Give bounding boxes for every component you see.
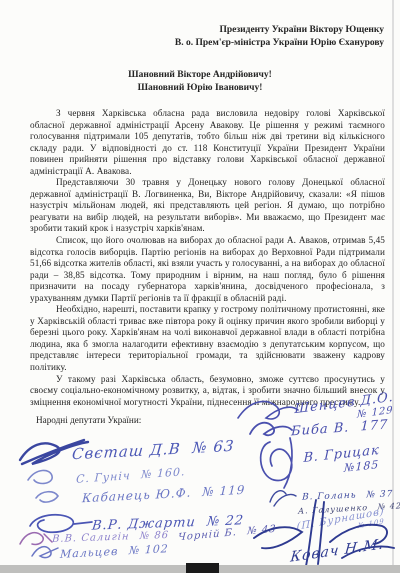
salutation-line: Шановний Вікторе Андрійовичу!	[0, 69, 400, 82]
signature-svetash: Свєташ Д.В № 63	[71, 437, 235, 464]
signature-kabanets: Кабанець Ю.Ф. № 119	[82, 483, 246, 506]
letter-paragraph: Представляючи 30 травня у Донецьку новог…	[30, 177, 385, 235]
signature-maltsev: Мальцев № 102	[60, 542, 169, 561]
letter-paragraph: Список, що його очолював на виборах до о…	[30, 235, 385, 304]
signature-hrytsak: В. Грицак №185	[303, 443, 380, 479]
letter-paragraph: З червня Харківська обласна рада вислови…	[30, 108, 385, 177]
scanned-letter-page: Президенту України Віктору Ющенку В. о. …	[0, 0, 400, 573]
signature-scribble	[24, 464, 80, 506]
signature-number: № 102	[129, 542, 170, 557]
scan-edge-shadow	[392, 0, 394, 573]
signature-number: 177	[360, 418, 388, 435]
letter-body: З червня Харківська обласна рада вислови…	[30, 108, 385, 408]
signature-number: № 63	[192, 437, 236, 457]
salutation-block: Шановний Вікторе Андрійовичу! Шановний Ю…	[0, 69, 400, 95]
signature-number: № 86	[139, 530, 169, 542]
recipient-line: В. о. Прем'єр-міністра України Юрію Єхан…	[0, 37, 384, 50]
signature-scribble	[246, 498, 396, 570]
signature-name: С. Гуніч	[76, 469, 131, 486]
letter-paragraph: Необхідно, нарешті, поставити крапку у г…	[30, 304, 385, 373]
recipient-line: Президенту України Віктору Ющенку	[0, 24, 384, 37]
signature-name: Кабанець Ю.Ф.	[82, 486, 192, 506]
signature-hunich: С. Гуніч № 160.	[76, 465, 186, 486]
signature-number: № 160.	[141, 465, 186, 481]
signature-scribble	[30, 540, 60, 562]
signature-name: Мальцев	[60, 545, 119, 561]
recipient-block: Президенту України Віктору Ющенку В. о. …	[0, 0, 400, 50]
scan-black-mark	[186, 563, 219, 573]
signature-number: № 119	[202, 483, 246, 499]
salutation-line: Шановний Юрію Івановичу!	[0, 82, 400, 95]
